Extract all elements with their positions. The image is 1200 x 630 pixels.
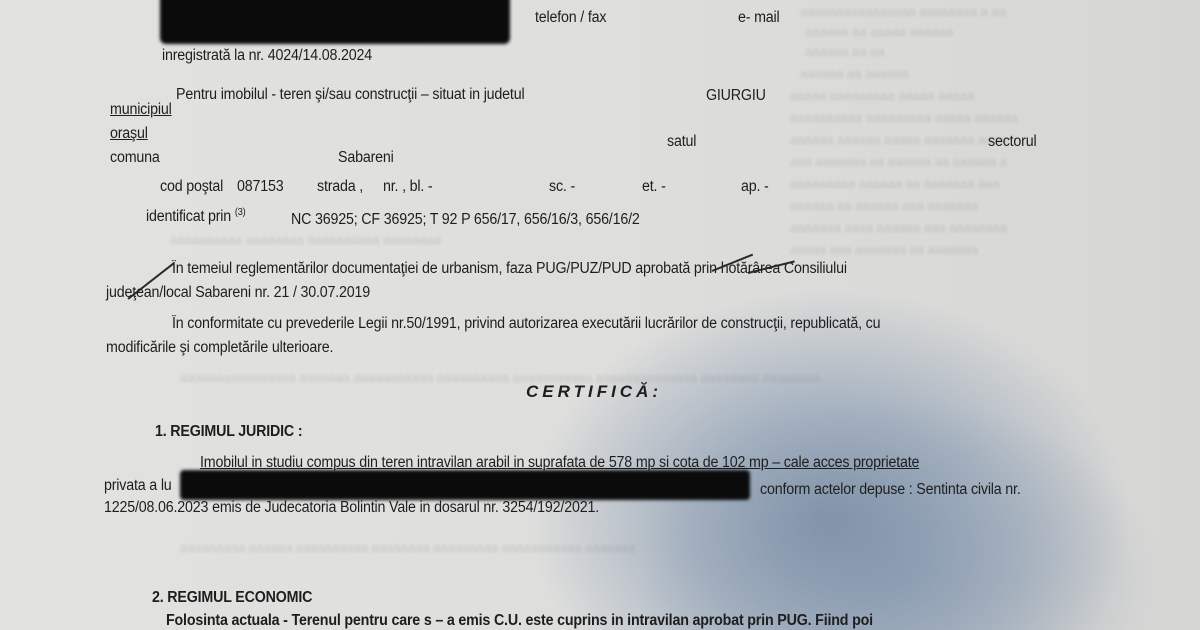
certifies-heading: CERTIFICĂ: — [526, 382, 662, 402]
bleed-through-text: aaaaaa aa aaaaaa aaa aaaaaaa — [790, 198, 978, 213]
identified-by-label: identificat prin (3) — [146, 207, 246, 226]
bleed-through-text: aaaaaaaaaa aaaaaaaa aaaaaaaaaa aaaaaaaa — [170, 232, 441, 247]
bleed-through-text: aaaaaa aa aaaaa aaaaaa — [805, 24, 953, 39]
bleed-through-text: aaaaaaaaaaaaaaaa aaaaaaa aaaaaaaaaaa aaa… — [180, 370, 820, 385]
county-value: GIURGIU — [706, 87, 766, 105]
bleed-through-text: aaaaaaaaaaaaaaaa aaaaaaaa a aa — [800, 4, 1006, 19]
property-intro: Pentru imobilul - teren şi/sau construcţ… — [176, 86, 524, 104]
legal-basis-line1: În temeiul reglementărilor documentaţiei… — [172, 260, 847, 278]
registration-number: inregistrată la nr. 4024/14.08.2024 — [162, 47, 372, 65]
section-2-line1: Folosinta actuala - Terenul pentru care … — [166, 612, 873, 630]
apartment-label: ap. - — [741, 178, 769, 196]
cadastral-identifiers: NC 36925; CF 36925; T 92 P 656/17, 656/1… — [291, 211, 640, 229]
floor-label: et. - — [642, 178, 666, 196]
section-1-line3: 1225/08.06.2023 emis de Judecatoria Boli… — [104, 499, 599, 517]
village-label: satul — [667, 133, 696, 151]
commune-value: Sabareni — [338, 149, 394, 167]
bleed-through-text: aaaaaa aa aa — [805, 44, 885, 59]
bleed-through-text: aaaaaa aa aaaaaa — [800, 66, 908, 81]
number-block-label: nr. , bl. - — [383, 178, 432, 196]
email-label: e- mail — [738, 9, 780, 27]
commune-label: comuna — [110, 149, 160, 167]
bleed-through-text: aaaaaaa aaaa aaaaaa aaa aaaaaaaa — [790, 220, 1007, 235]
section-1-line2-end: conform actelor depuse : Sentinta civila… — [760, 481, 1021, 499]
postal-code-value: 087153 — [237, 178, 283, 196]
bleed-through-text: aaaaa aaa aaaaaaa aa aaaaaaa — [790, 242, 978, 257]
redacted-owner-name — [180, 470, 750, 500]
sector-label: sectorul — [988, 133, 1036, 151]
legal-basis-line2: judeţean/local Sabareni nr. 21 / 30.07.2… — [106, 284, 370, 302]
bleed-through-text: aaaaaaaaa aaaaaa aaaaaaaaaa aaaaaaaa aaa… — [180, 540, 635, 555]
law-reference-line1: În conformitate cu prevederile Legii nr.… — [172, 315, 880, 333]
municipality-label: municipiul — [110, 101, 172, 119]
town-label: oraşul — [110, 125, 148, 143]
street-label: strada , — [317, 178, 363, 196]
bleed-through-text: aaaaaaaaaa aaaaaaaaa aaaaa aaaaaa — [790, 110, 1018, 125]
struck-text-puz-pud: PUZ/PUD — [570, 260, 631, 277]
bleed-through-text: aaaaaa aaaaaa aaaaa aaaaaaa aaaa — [790, 132, 1007, 147]
section-1-line2-start: privata a lu — [104, 477, 172, 495]
redacted-address — [160, 0, 510, 44]
bleed-through-text: aaaaaaaaa aaaaaa aa aaaaaaa aaa — [790, 176, 1000, 191]
bleed-through-text: aaa aaaaaaa aa aaaaaa aa aaaaaa a — [790, 154, 1007, 169]
section-1-title: 1. REGIMUL JURIDIC : — [155, 423, 302, 441]
phone-fax-label: telefon / fax — [535, 9, 606, 27]
section-2-title: 2. REGIMUL ECONOMIC — [152, 589, 312, 607]
document-page: aaaaaaaaaaaaaaaa aaaaaaaa a aa aaaaaa aa… — [0, 0, 1200, 630]
postal-code-label: cod poştal — [160, 178, 223, 196]
staircase-label: sc. - — [549, 178, 575, 196]
bleed-through-text: aaaaa aaaaaaaaa aaaaa aaaaa — [790, 88, 974, 103]
footnote-marker: (3) — [235, 207, 246, 218]
law-reference-line2: modificările şi completările ulterioare. — [106, 339, 333, 357]
